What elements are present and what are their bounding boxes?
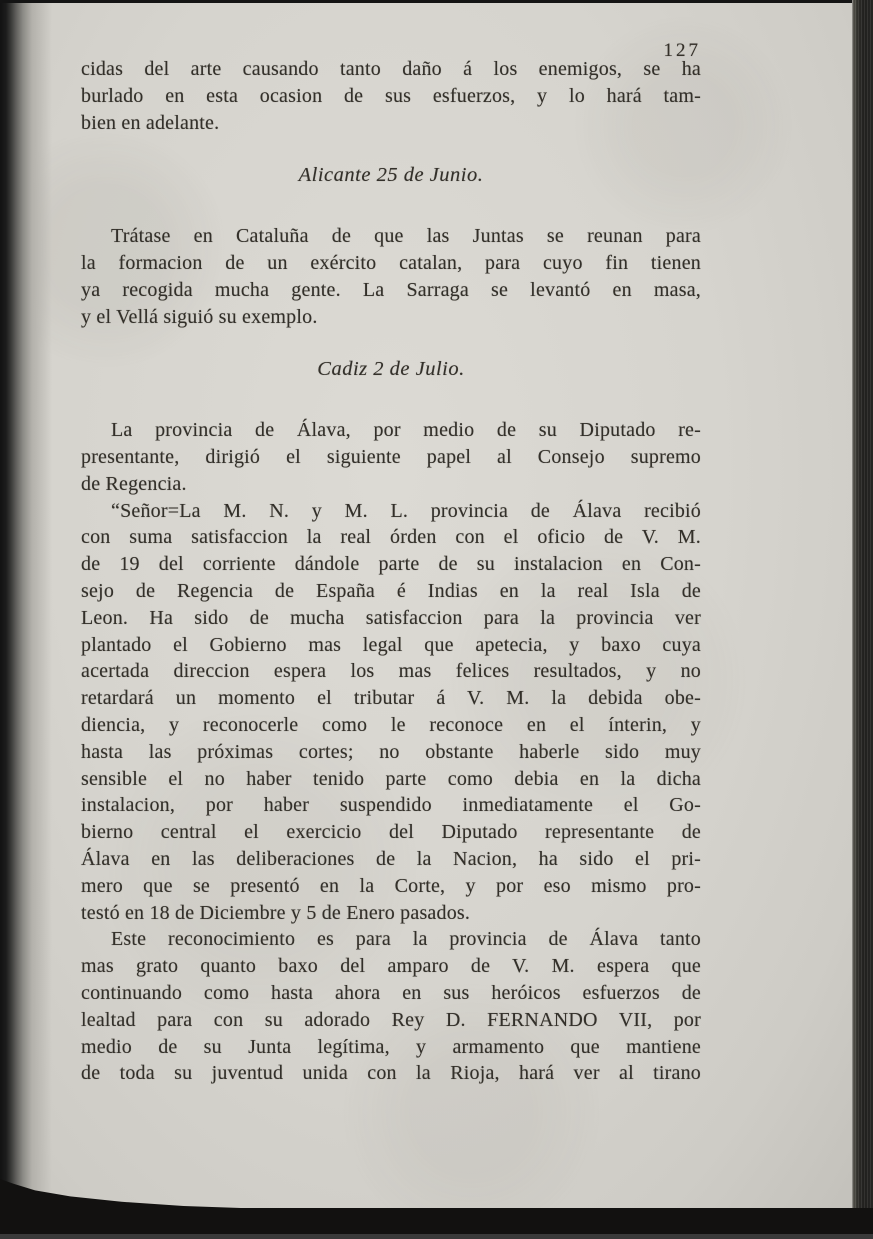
- text-line: medio de su Junta legítima, y armamento …: [81, 1034, 701, 1061]
- text-line: de 19 del corriente dándole parte de su …: [81, 551, 701, 578]
- text-line: bierno central el exercicio del Diputado…: [81, 819, 701, 846]
- text-line: sensible el no haber tenido parte como d…: [81, 766, 701, 793]
- text-line: continuando como hasta ahora en sus heró…: [81, 980, 701, 1007]
- scan-bottom-strip: [0, 1234, 873, 1239]
- text-line: burlado en esta ocasion de sus esfuerzos…: [81, 83, 701, 110]
- text-line: bien en adelante.: [81, 110, 701, 137]
- text-line: Trátase en Cataluña de que las Juntas se…: [81, 223, 701, 250]
- text-line: presentante, dirigió el siguiente papel …: [81, 444, 701, 471]
- text-line: de toda su juventud unida con la Rioja, …: [81, 1060, 701, 1087]
- paragraph: Trátase en Cataluña de que las Juntas se…: [81, 223, 701, 330]
- text-line: ya recogida mucha gente. La Sarraga se l…: [81, 277, 701, 304]
- text-line: La provincia de Álava, por medio de su D…: [81, 417, 701, 444]
- text-line: mas grato quanto baxo del amparo de V. M…: [81, 953, 701, 980]
- section-heading: Cadiz 2 de Julio.: [81, 356, 701, 383]
- paragraph: La provincia de Álava, por medio de su D…: [81, 417, 701, 497]
- text-line: diencia, y reconocerle como le reconoce …: [81, 712, 701, 739]
- top-edge-shadow: [0, 0, 873, 3]
- paragraph: cidas del arte causando tanto daño á los…: [81, 56, 701, 136]
- bottom-shadow: [0, 1208, 873, 1234]
- paragraph: “Señor=La M. N. y M. L. provincia de Ála…: [81, 498, 701, 927]
- page-edges-right: [852, 0, 873, 1235]
- text-line: instalacion, por haber suspendido inmedi…: [81, 792, 701, 819]
- text-block: cidas del arte causando tanto daño á los…: [81, 56, 701, 1087]
- text-line: Leon. Ha sido de mucha satisfaccion para…: [81, 605, 701, 632]
- paragraph: Este reconocimiento es para la provincia…: [81, 926, 701, 1087]
- text-line: Álava en las deliberaciones de la Nacion…: [81, 846, 701, 873]
- text-line: sejo de Regencia de España é Indias en l…: [81, 578, 701, 605]
- book-scan: 127 cidas del arte causando tanto daño á…: [0, 0, 873, 1239]
- text-line: cidas del arte causando tanto daño á los…: [81, 56, 701, 83]
- text-line: de Regencia.: [81, 471, 701, 498]
- text-line: hasta las próximas cortes; no obstante h…: [81, 739, 701, 766]
- text-line: mero que se presentó en la Corte, y por …: [81, 873, 701, 900]
- section-heading: Alicante 25 de Junio.: [81, 162, 701, 189]
- text-line: retardará un momento el tributar á V. M.…: [81, 685, 701, 712]
- text-line: y el Vellá siguió su exemplo.: [81, 304, 701, 331]
- text-line: plantado el Gobierno mas legal que apete…: [81, 632, 701, 659]
- text-line: con suma satisfaccion la real órden con …: [81, 524, 701, 551]
- text-line: la formacion de un exército catalan, par…: [81, 250, 701, 277]
- text-line: “Señor=La M. N. y M. L. provincia de Ála…: [81, 498, 701, 525]
- text-line: Este reconocimiento es para la provincia…: [81, 926, 701, 953]
- text-line: lealtad para con su adorado Rey D. FERNA…: [81, 1007, 701, 1034]
- binding-gutter-shadow: [0, 0, 52, 1239]
- text-line: acertada direccion espera los mas felice…: [81, 658, 701, 685]
- text-line: testó en 18 de Diciembre y 5 de Enero pa…: [81, 900, 701, 927]
